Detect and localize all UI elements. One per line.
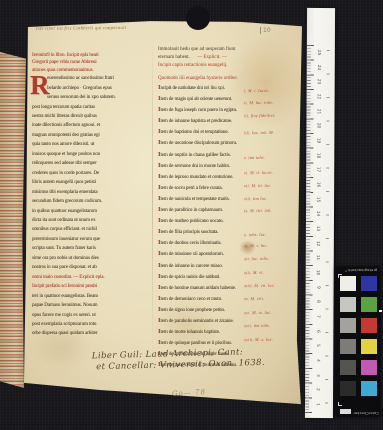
text-fragment: eternam habent. [158,55,190,60]
color-checker-card: gretagmacbeth™ ColorChecker [336,267,380,417]
ruler-number: 22 [314,89,326,104]
ruler-number: 7 [312,309,324,324]
ruler-number-label: 18 [317,152,322,157]
ruler-number: 25 [314,45,326,60]
folio-number: 10 [260,27,271,34]
ruler-number-label: 9 [316,286,321,289]
manuscript-text-line: omnibus corpus efficiant. et nichil [32,225,154,234]
marginal-note: i. M. i. lucas. [244,88,270,93]
capitulum-line: Item de fuga ioseph cum puero in egiptu. [158,105,244,116]
manuscript-text-line: seruus seruorum dei in xpo salutem. [32,93,154,102]
marginal-note: ii. M. luc. iohs. [244,100,273,106]
ruler-number: 13 [313,221,325,236]
ruler-number: 24 [314,60,326,75]
rubric-opening: Ieronim9 in libro. Incipit epla beatiGre… [32,52,154,74]
chart-side-tick [379,310,382,312]
marginal-note: iii. fine fideliter. [244,113,276,119]
capitulum-line: Item de missione xii apostolorum. [158,249,244,260]
color-patch [340,318,356,333]
manuscript-text-line: Incipit prefatio sci Ieronimi presbi [32,282,154,291]
capitula-heading: Quomodo iiii euangelia hystorie ordine. [158,74,244,83]
color-patch [361,318,377,333]
color-patch [361,381,377,396]
ruler-number: 17 [313,162,325,177]
ruler-number-label: 17 [317,167,322,172]
manuscript-text-line: inuisos quoque et longe positos non [32,150,154,159]
ruler-number-label: 15 [317,196,322,201]
measuring-ruler: 2524232221201918171615141312111098765432… [305,8,335,418]
color-patch [361,276,377,291]
ruler-number-label: 20 [317,123,322,128]
ruler-number: 18 [313,148,325,163]
ruler-number: 20 [313,118,325,133]
capitulum-line: Item de duobus cecis illuminatis. [158,238,244,249]
ruler-number-label: 8 [316,300,321,303]
manuscript-text-line: sime ora pro nobis ut dominus dies [32,254,154,263]
marginal-note: ix. M. iiii. ioh. [244,208,272,213]
manuscript-text-line: euerendissimo ac sanctissimo fratri [32,74,154,83]
capitulum-line: Item de paralitico in capharnaum. [158,205,244,216]
capitulum-line: Item de iohanne in carcere misso. [158,261,244,272]
manuscript-text-line: in quibus quattuor euangelistarum [32,207,154,216]
capitulum-line: Item de magis qui ab oriente uenerunt. [158,94,244,105]
marginal-note: xvi. M. ix. luc. [244,310,272,315]
ruler-number-label: 12 [316,240,321,245]
color-patch [340,297,356,312]
capitulum-line: Item de demoniaco ceco et muto. [158,294,244,305]
ruler-number: 21 [313,104,325,119]
manuscript-text-line: magnas omnipotenti deo gratias egi [32,131,154,140]
manuscript-text-line: dicta ita sunt ordinata ut unum ex [32,216,154,225]
color-checker-maker-label: gretagmacbeth™ [344,268,377,272]
rubric-line: Gregorii pape vrbis rome Abbreui [32,59,154,66]
ruler-secondary-ticks [325,50,330,410]
ruler-number-label: 19 [317,138,322,143]
manuscript-text-line: nostros in sua pace disponat. et ab [32,263,154,272]
manuscript-text-line: quia tanto nos amore dilexisti. ut [32,140,154,149]
ruler-number-label: 2 [316,388,321,391]
marginal-note: vii. M. iii. luc. [244,183,272,188]
manuscript-text-line: opus facere me cogis ex ueteri. ut [32,311,154,320]
color-checker-logo-box [340,409,351,414]
color-patch [340,360,356,375]
ruler-number: 6 [312,324,324,339]
manuscript-text-line: secundum fidem grecorum codicum. [32,197,154,206]
ruler-number: 9 [313,280,325,295]
facing-page-edge [0,52,26,388]
capitulum-line: Item de iohanne baptista et predicatoe. [158,116,244,127]
explicit-rubric: — Explicit. — [191,55,227,60]
text-column-right: Immolauit hedu que ad uesperam fiunt ete… [158,46,244,371]
ruler-number: 10 [313,265,325,280]
capitulum-line: Incipit de natiuitate dni nri ihu xpi. [158,83,244,94]
incipit-rubric: Incipit capla retractionis euangelij. [158,61,244,70]
ex-libris-inscription: Liber Guil: Laud Archiepi: Cant: et Canc… [92,347,273,374]
marginal-note: viii. itm luc. [244,196,267,201]
marginal-note: xi. M. v. luc. [244,243,268,248]
marginal-note: xv. M. viii. [244,296,264,301]
marginal-note: xii. luc. iohs. [244,256,269,261]
ruler-number: 23 [314,74,326,89]
manuscript-text-line: eternam habent. — Explicit. — [158,54,244,62]
marginal-note: xiii. M. vi. [244,270,264,275]
ruler-number-label: 6 [316,330,321,333]
marginal-note: xvii. itm iohs. [244,323,270,328]
ruler-number-label: 14 [316,211,321,216]
color-patch [340,339,356,354]
ruler-number-label: 13 [316,226,321,231]
marginal-note: vi. M. ii. lucas. [244,170,273,176]
ruler-number: 12 [313,236,325,251]
ruler-number-label: 24 [317,64,322,69]
capitulum-line: Item de filia principis suscitata. [158,227,244,238]
manuscript-text-line: papae Damaso Ieronimus. Nouum [32,301,154,310]
manuscript-text-line: post longa terrarum spatia caritas [32,103,154,112]
capitulum-line: Item de uocatione discipulorum primoru. [158,138,244,149]
ruler-number-label: 5 [316,344,321,347]
capitulum-line: Item de nauicula et tempestate maris. [158,194,244,205]
ruler-number: 11 [313,250,325,265]
ruler-number: 19 [313,133,325,148]
ruler-number-label: 4 [316,359,321,362]
manuscript-text-line: misimus tibi exemplaria emendata [32,188,154,197]
ruler-number-label: 3 [316,374,321,377]
marginal-note: xviii. M. x. luc. [244,337,273,343]
ruler-number: 16 [313,177,325,192]
manuscript-text-line: libris autem euangelii quos petisti [32,178,154,187]
manuscript-text-line: inate dilectionis affectum agnoui. et [32,121,154,130]
manuscript-text-line: belardo archiepo · Gregorius epus [32,84,154,93]
manuscript-photo: Iste liber est fris Cuthberti qui conpar… [0,0,383,430]
marginal-note: v. itm iohs. [244,155,265,160]
ruler-number-label: 16 [317,182,322,187]
color-patch [361,339,377,354]
capitulum-line: Item de sermone dni in monte habito. [158,161,244,172]
color-patch [361,360,377,375]
ruler-number: 14 [313,206,325,221]
ruler-number-label: 22 [317,94,322,99]
marginal-note: xiiii. M. vii. luc. [244,283,275,289]
manuscript-text-line: relinqueres sed adesse tibi semper [32,159,154,168]
marginal-note: iiii. luc. ioh. M. [244,130,274,136]
marginal-note: x. iohs. luc. [244,232,266,237]
manuscript-text-line: crederes quos in corde portares. De [32,169,154,178]
capitulum-line: Item de socru petri a febre curata. [158,183,244,194]
ruler-number-label: 25 [317,50,322,55]
manuscript-text-line: omni malo custodiat. — Explicit epla. [32,273,154,282]
marginal-annotations: i. M. i. lucas.ii. M. luc. iohs.iii. fin… [244,86,302,356]
color-patch [361,297,377,312]
manuscript-text-line: pretermissum inueniatur eorum que [32,235,154,244]
capitulum-line: Item de morte iohannis baptiste. [158,327,244,338]
registration-mark [338,402,342,406]
ruler-number: 5 [312,338,324,353]
text-column-left: Ieronim9 in libro. Incipit epla beatiGre… [32,52,154,339]
manuscript-text-line: scripta sunt. Tu autem frater karis [32,244,154,253]
color-checker-product-label: ColorChecker [353,411,379,415]
color-patch-grid [340,276,377,396]
ruler-number: 1 [312,397,324,412]
manuscript-text-line: Immolauit hedu que ad uesperam fiunt [158,46,244,54]
ruler-number: 2 [312,382,324,397]
rubric-line: Ieronim9 in libro. Incipit epla beati [32,52,154,59]
manuscript-text-line: post exemplaria scripturarum toto [32,320,154,329]
capitulum-line: Item de parabolis seminantis et zizanie. [158,316,244,327]
capitulum-line: Item de matheo publicano uocato. [158,216,244,227]
ruler-number: 3 [312,368,324,383]
manuscript-text-line: teri in quattuor euangelistas. Beato [32,292,154,301]
ruler-number: 4 [312,353,324,368]
illuminated-initial: R [30,72,50,98]
capitulum-line: Item de homine manum aridam habente. [158,283,244,294]
ruler-number: 15 [313,192,325,207]
ruler-number-label: 21 [317,108,322,113]
capitulum-line: Item de nuptiis in chana galilee factis. [158,150,244,161]
ruler-number: 8 [312,294,324,309]
ruler-numbers: 2524232221201918171615141312111098765432… [312,45,326,412]
manuscript-text-line: uestra michi litteras direxit quibus [32,112,154,121]
ruler-number-label: 10 [316,270,321,275]
ruler-number-label: 23 [317,79,322,84]
capitulum-line: Item de baptismo dni et temptatione. [158,127,244,138]
capitulum-line: Item de signo ione prophete petito. [158,305,244,316]
color-patch [340,276,356,291]
capitulum-line: Item de spicis uulsis die sabbati. [158,272,244,283]
capitulum-line: Item de leproso mundato et centurione. [158,172,244,183]
ruler-number-label: 11 [316,255,321,260]
ruler-number-label: 1 [315,403,320,406]
ruler-number-label: 7 [316,315,321,318]
rubric-line: ationes quas commemorauimus. [32,67,154,74]
color-patch [340,381,356,396]
manuscript-text-line: orbe dispersa quasi quidam arbiter [32,329,154,338]
